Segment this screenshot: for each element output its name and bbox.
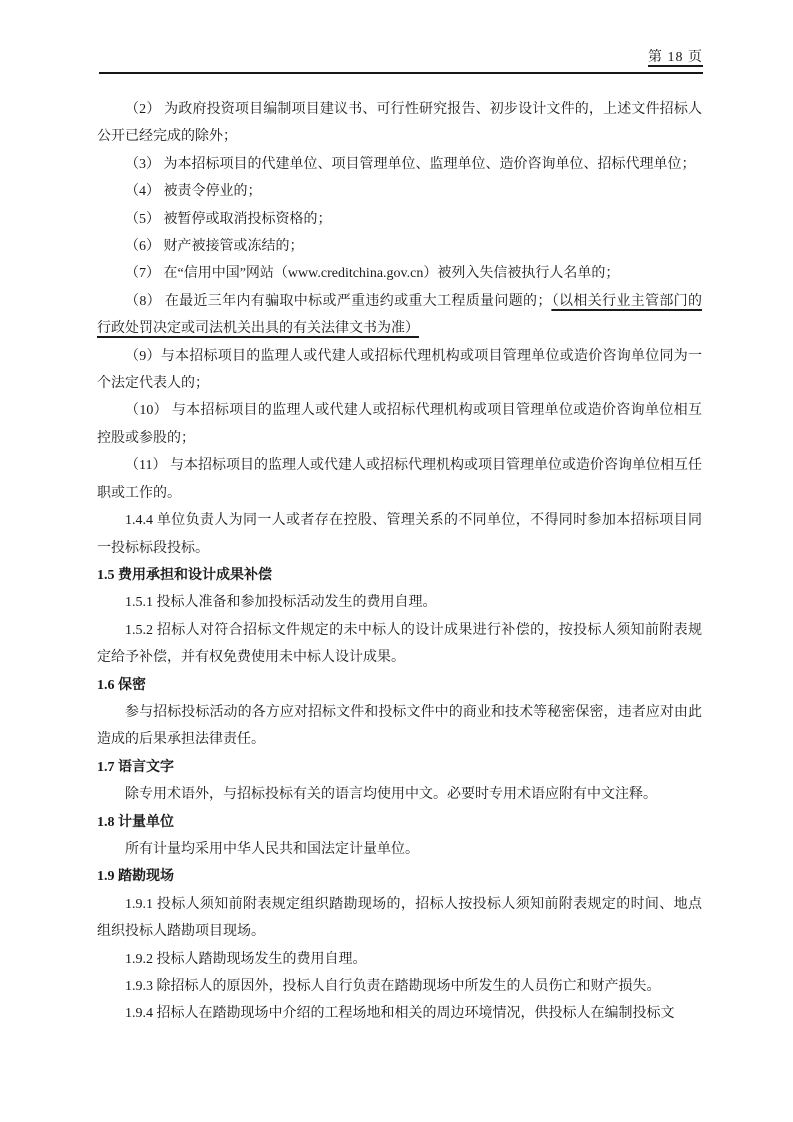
paragraph: 1.9.2 投标人踏勘现场发生的费用自理。 — [97, 946, 702, 973]
paragraph: 所有计量均采用中华人民共和国法定计量单位。 — [97, 836, 702, 863]
text-run: 1.7 语言文字 — [97, 760, 174, 775]
text-run: 1.9.2 投标人踏勘现场发生的费用自理。 — [125, 952, 367, 967]
section-heading: 1.7 语言文字 — [97, 754, 702, 781]
page-header: 第 18 页 — [99, 46, 703, 74]
paragraph: 1.4.4 单位负责人为同一人或者存在控股、管理关系的不同单位，不得同时参加本招… — [97, 507, 702, 562]
paragraph: 除专用术语外，与招标投标有关的语言均使用中文。必要时专用术语应附有中文注释。 — [97, 781, 702, 808]
document-body: （2） 为政府投资项目编制项目建议书、可行性研究报告、初步设计文件的，上述文件招… — [97, 96, 702, 1028]
section-heading: 1.5 费用承担和设计成果补偿 — [97, 562, 702, 589]
paragraph: （4） 被责令停业的； — [97, 178, 702, 205]
paragraph: 1.9.4 招标人在踏勘现场中介绍的工程场地和相关的周边环境情况，供投标人在编制… — [97, 1000, 702, 1027]
paragraph: （6） 财产被接管或冻结的； — [97, 233, 702, 260]
paragraph: （10） 与本招标项目的监理人或代建人或招标代理机构或项目管理单位或造价咨询单位… — [97, 397, 702, 452]
paragraph: 1.5.2 招标人对符合招标文件规定的未中标人的设计成果进行补偿的，按投标人须知… — [97, 617, 702, 672]
paragraph: 1.9.1 投标人须知前附表规定组织踏勘现场的，招标人按投标人须知前附表规定的时… — [97, 891, 702, 946]
text-run: （11） 与本招标项目的监理人或代建人或招标代理机构或项目管理单位或造价咨询单位… — [97, 458, 702, 500]
page-number: 第 18 页 — [648, 50, 703, 65]
text-run: 1.4.4 单位负责人为同一人或者存在控股、管理关系的不同单位，不得同时参加本招… — [97, 513, 702, 555]
section-heading: 1.9 踏勘现场 — [97, 863, 702, 890]
text-run: 所有计量均采用中华人民共和国法定计量单位。 — [125, 842, 419, 857]
text-run: （2） 为政府投资项目编制项目建议书、可行性研究报告、初步设计文件的，上述文件招… — [97, 102, 702, 144]
document-page: 第 18 页 （2） 为政府投资项目编制项目建议书、可行性研究报告、初步设计文件… — [0, 0, 793, 1122]
text-run: （10） 与本招标项目的监理人或代建人或招标代理机构或项目管理单位或造价咨询单位… — [97, 403, 702, 445]
text-run: （8） 在最近三年内有骗取中标或严重违约或重大工程质量问题的； — [125, 294, 551, 309]
text-run: （7） 在“信用中国”网站（www.creditchina.gov.cn）被列入… — [125, 266, 619, 281]
text-run: 1.8 计量单位 — [97, 815, 174, 830]
paragraph: （3） 为本招标项目的代建单位、项目管理单位、监理单位、造价咨询单位、招标代理单… — [97, 151, 702, 178]
paragraph: （9）与本招标项目的监理人或代建人或招标代理机构或项目管理单位或造价咨询单位同为… — [97, 343, 702, 398]
paragraph: （7） 在“信用中国”网站（www.creditchina.gov.cn）被列入… — [97, 260, 702, 287]
text-run: 1.5 费用承担和设计成果补偿 — [97, 568, 272, 583]
text-run: 除专用术语外，与招标投标有关的语言均使用中文。必要时专用术语应附有中文注释。 — [125, 787, 657, 802]
paragraph: 1.5.1 投标人准备和参加投标活动发生的费用自理。 — [97, 589, 702, 616]
text-run: （9）与本招标项目的监理人或代建人或招标代理机构或项目管理单位或造价咨询单位同为… — [97, 349, 702, 391]
text-run: （3） 为本招标项目的代建单位、项目管理单位、监理单位、造价咨询单位、招标代理单… — [125, 157, 696, 172]
paragraph: （11） 与本招标项目的监理人或代建人或招标代理机构或项目管理单位或造价咨询单位… — [97, 452, 702, 507]
text-run: 1.6 保密 — [97, 678, 146, 693]
paragraph: （5） 被暂停或取消投标资格的； — [97, 206, 702, 233]
paragraph: 参与招标投标活动的各方应对招标文件和投标文件中的商业和技术等秘密保密，违者应对由… — [97, 699, 702, 754]
text-run: （4） 被责令停业的； — [125, 184, 262, 199]
text-run: 1.9.4 招标人在踏勘现场中介绍的工程场地和相关的周边环境情况，供投标人在编制… — [125, 1006, 675, 1021]
paragraph: 1.9.3 除招标人的原因外，投标人自行负责在踏勘现场中所发生的人员伤亡和财产损… — [97, 973, 702, 1000]
text-run: 参与招标投标活动的各方应对招标文件和投标文件中的商业和技术等秘密保密，违者应对由… — [97, 705, 702, 747]
text-run: （6） 财产被接管或冻结的； — [125, 239, 304, 254]
text-run: 1.5.2 招标人对符合招标文件规定的未中标人的设计成果进行补偿的，按投标人须知… — [97, 623, 702, 665]
section-heading: 1.8 计量单位 — [97, 809, 702, 836]
paragraph: （2） 为政府投资项目编制项目建议书、可行性研究报告、初步设计文件的，上述文件招… — [97, 96, 702, 151]
section-heading: 1.6 保密 — [97, 672, 702, 699]
text-run: 1.5.1 投标人准备和参加投标活动发生的费用自理。 — [125, 595, 437, 610]
paragraph: （8） 在最近三年内有骗取中标或严重违约或重大工程质量问题的；（以相关行业主管部… — [97, 288, 702, 343]
text-run: 1.9.1 投标人须知前附表规定组织踏勘现场的，招标人按投标人须知前附表规定的时… — [97, 897, 702, 939]
text-run: 1.9.3 除招标人的原因外，投标人自行负责在踏勘现场中所发生的人员伤亡和财产损… — [125, 979, 661, 994]
text-run: （5） 被暂停或取消投标资格的； — [125, 212, 332, 227]
text-run: 1.9 踏勘现场 — [97, 869, 174, 884]
